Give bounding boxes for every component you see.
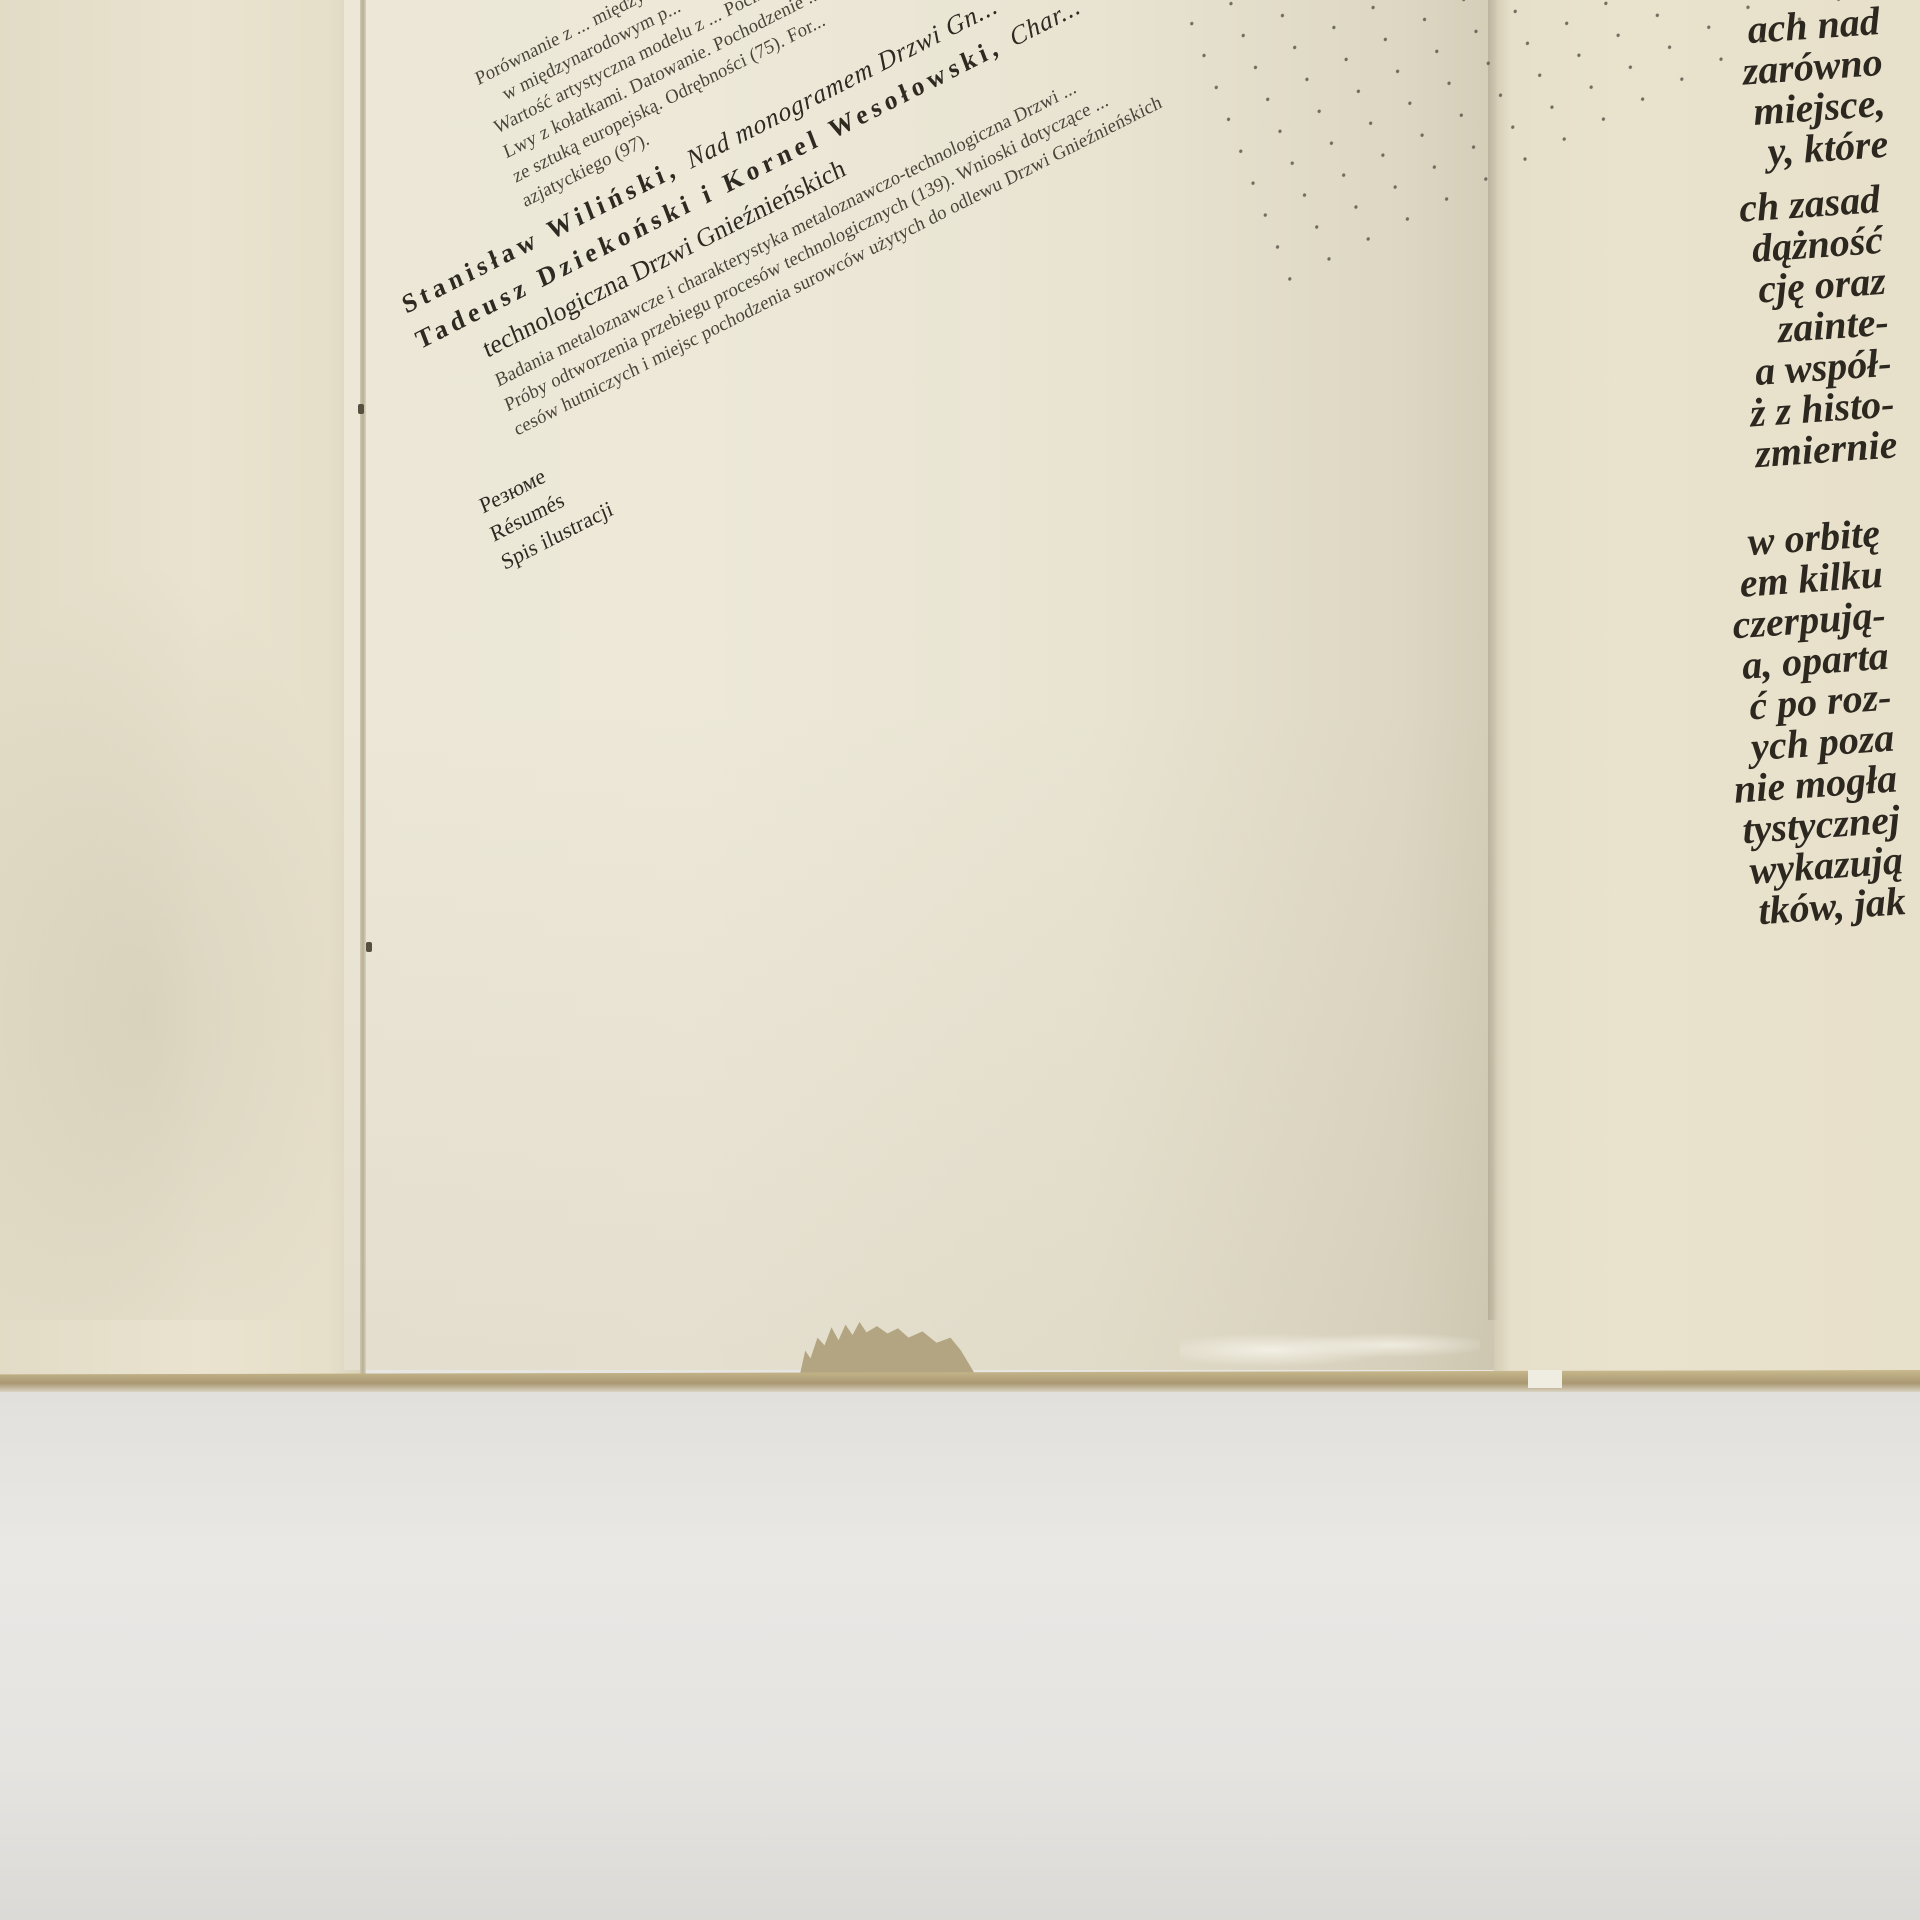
text-line: y, które [1747,123,1890,174]
right-page: ach nad zarówno miejsce, y, które ch zas… [1494,0,1920,1380]
table-surface [0,1390,1920,1920]
right-page-italic-text: ch zasad dążność cję oraz zainte- a wspó… [1734,178,1898,474]
text-line: tków, jak [1741,880,1907,932]
left-page-shadow [0,560,365,1320]
right-page-italic-text: w orbitę em kilku czerpują- a, oparta ć … [1715,512,1907,932]
text-line: zmiernie [1751,423,1898,474]
binding-thread-mark [358,404,364,414]
binding-thread-mark [366,942,372,952]
book-gutter [360,0,366,1390]
page-notch [1528,1370,1562,1388]
paper-flakes [1180,1320,1480,1370]
